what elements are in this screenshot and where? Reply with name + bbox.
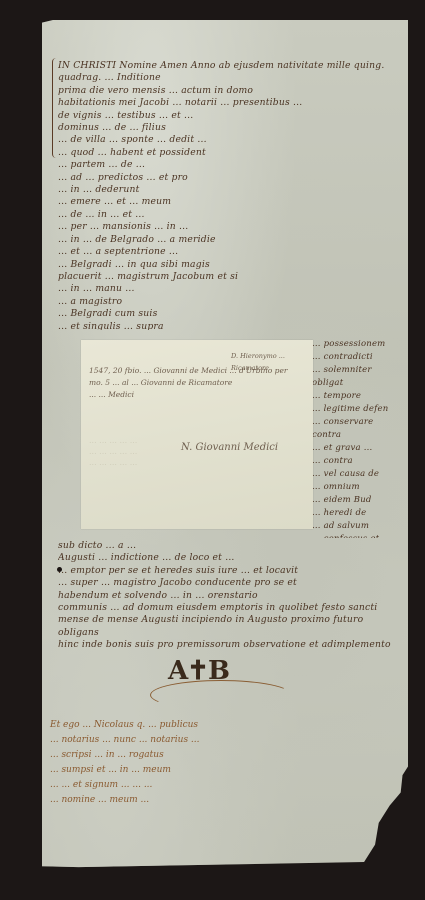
notary-subscription: Et ego ... Nicolaus q. ... publicus ... … xyxy=(50,718,370,808)
main-manuscript-text: IN CHRISTI Nomine Amen Anno ab ejusdem n… xyxy=(58,60,398,330)
parchment-hole xyxy=(57,567,62,572)
slip-signature: N. Giovanni Medici xyxy=(181,442,278,454)
attached-paper-slip: D. Hieronymo ... Ricamatore 1547, 20 fbi… xyxy=(81,340,313,529)
slip-note: 1547, 20 fbio. ... Giovanni de Medici ..… xyxy=(89,365,309,401)
manuscript-text-lower: sub dicto ... a ... Augusti ... indictio… xyxy=(58,540,398,650)
manuscript-text-right-margin: ... possessionem ... contradicti ... sol… xyxy=(312,338,402,538)
notary-flourish xyxy=(150,680,292,710)
